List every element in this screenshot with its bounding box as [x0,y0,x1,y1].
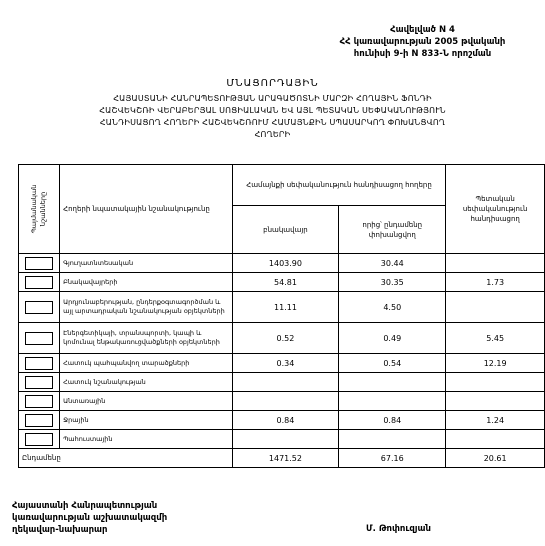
total-settlement: 1471.52 [232,449,339,468]
state-value [446,430,545,449]
legend-cell [19,292,60,323]
legend-cell [19,430,60,449]
table-row: Արդյունաբերության, ընդերքօգտագործման և ա… [19,292,545,323]
transferred-value: 0.54 [339,354,446,373]
legend-swatch [25,395,53,408]
state-value [446,392,545,411]
table-row: Գյուղատնտեսական1403.9030.44 [19,254,545,273]
legend-swatch [25,301,53,314]
legend-swatch [25,257,53,270]
settlement-value: 0.52 [232,323,339,354]
land-category: Հատուկ նշանակության [60,373,233,392]
settlement-value: 0.84 [232,411,339,430]
state-value: 1.73 [446,273,545,292]
state-value [446,292,545,323]
settlement-value [232,373,339,392]
total-transferred: 67.16 [339,449,446,468]
legend-swatch [25,357,53,370]
subtitle-line: ՀԱՅԱՍՏԱՆԻ ՀԱՆՐԱՊԵՏՈՒԹՅԱՆ ԱՐԱԳԱԾՈՏՆԻ ՄԱՐԶ… [0,93,545,105]
transferred-value: 0.84 [339,411,446,430]
annex-line: հունիսի 9-ի N 833-Ն որոշման [300,48,545,60]
legend-swatch [25,414,53,427]
annex-line: ՀՀ կառավարության 2005 թվականի [300,36,545,48]
header-group: Համայնքի սեփականություն հանդիսացող հողեր… [232,165,446,206]
land-category: Բնակավայրերի [60,273,233,292]
state-value: 5.45 [446,323,545,354]
settlement-value: 0.34 [232,354,339,373]
annex-reference: Հավելված N 4 ՀՀ կառավարության 2005 թվակա… [300,24,545,60]
land-category: Պահուստային [60,430,233,449]
header-code: Պայմանական նշանները [19,165,60,254]
land-category: Հատուկ պահպանվող տարածքների [60,354,233,373]
legend-cell [19,411,60,430]
header-name: Հողերի նպատակային նշանակությունը [60,165,233,254]
signatory-title: Հայաստանի Հանրապետության կառավարության ա… [12,500,167,536]
table-row: Ջրային0.840.841.24 [19,411,545,430]
transferred-value [339,392,446,411]
header-settlement: բնակավայր [232,206,339,254]
legend-swatch [25,332,53,345]
legend-cell [19,254,60,273]
settlement-value: 1403.90 [232,254,339,273]
table-row: Անտառային [19,392,545,411]
settlement-value [232,392,339,411]
table-row: Պահուստային [19,430,545,449]
signatory-line: ղեկավար-նախարար [12,524,167,536]
total-row: Ընդամենը1471.5267.1620.61 [19,449,545,468]
table-row: Հատուկ պահպանվող տարածքների0.340.5412.19 [19,354,545,373]
annex-line: Հավելված N 4 [300,24,545,36]
transferred-value: 30.44 [339,254,446,273]
legend-cell [19,392,60,411]
state-value: 1.24 [446,411,545,430]
subtitle-line: ՀՈՂԵՐԻ [0,129,545,141]
legend-swatch [25,433,53,446]
table-row: Բնակավայրերի54.8130.351.73 [19,273,545,292]
land-category: Ջրային [60,411,233,430]
transferred-value: 30.35 [339,273,446,292]
land-category: Գյուղատնտեսական [60,254,233,273]
land-balance-table: Պայմանական նշանները Հողերի նպատակային նշ… [18,164,545,468]
header-transferred: որից՝ ընդամենը փոխանցվող [339,206,446,254]
signatory-line: Հայաստանի Հանրապետության [12,500,167,512]
legend-swatch [25,376,53,389]
legend-cell [19,273,60,292]
transferred-value: 0.49 [339,323,446,354]
land-category: Անտառային [60,392,233,411]
state-value: 12.19 [446,354,545,373]
land-category: Արդյունաբերության, ընդերքօգտագործման և ա… [60,292,233,323]
transferred-value [339,373,446,392]
land-category: Էներգետիկայի, տրանսպորտի, կապի և կոմունա… [60,323,233,354]
document-title: ՄՆԱՑՈՐԴԱՅԻՆ [0,78,545,90]
state-value [446,373,545,392]
total-label: Ընդամենը [19,449,233,468]
legend-cell [19,354,60,373]
settlement-value: 11.11 [232,292,339,323]
signatory-line: կառավարության աշխատակազմի [12,512,167,524]
legend-cell [19,323,60,354]
transferred-value: 4.50 [339,292,446,323]
signatory-name: Մ. Թոփուզյան [366,524,431,534]
state-value [446,254,545,273]
subtitle-line: ՀԱՆԴԻՍԱՑՈՂ ՀՈՂԵՐԻ ՀԱՇՎԵԿՇՌՈՒՄ ՀԱՄԱՅՆՔԻՆ … [0,117,545,129]
header-state: Պետական սեփականություն հանդիսացող [446,165,545,254]
document-subtitle: ՀԱՅԱՍՏԱՆԻ ՀԱՆՐԱՊԵՏՈՒԹՅԱՆ ԱՐԱԳԱԾՈՏՆԻ ՄԱՐԶ… [0,93,545,141]
legend-cell [19,373,60,392]
legend-swatch [25,276,53,289]
table-row: Հատուկ նշանակության [19,373,545,392]
subtitle-line: ՀԱՇՎԵԿՇՌԻ ՎԵՐԱԲԵՐՅԱԼ ՍՈՑԻԱԼԱԿԱՆ ԵՎ ԱՅԼ Պ… [0,105,545,117]
table-row: Էներգետիկայի, տրանսպորտի, կապի և կոմունա… [19,323,545,354]
settlement-value: 54.81 [232,273,339,292]
settlement-value [232,430,339,449]
transferred-value [339,430,446,449]
total-state: 20.61 [446,449,545,468]
